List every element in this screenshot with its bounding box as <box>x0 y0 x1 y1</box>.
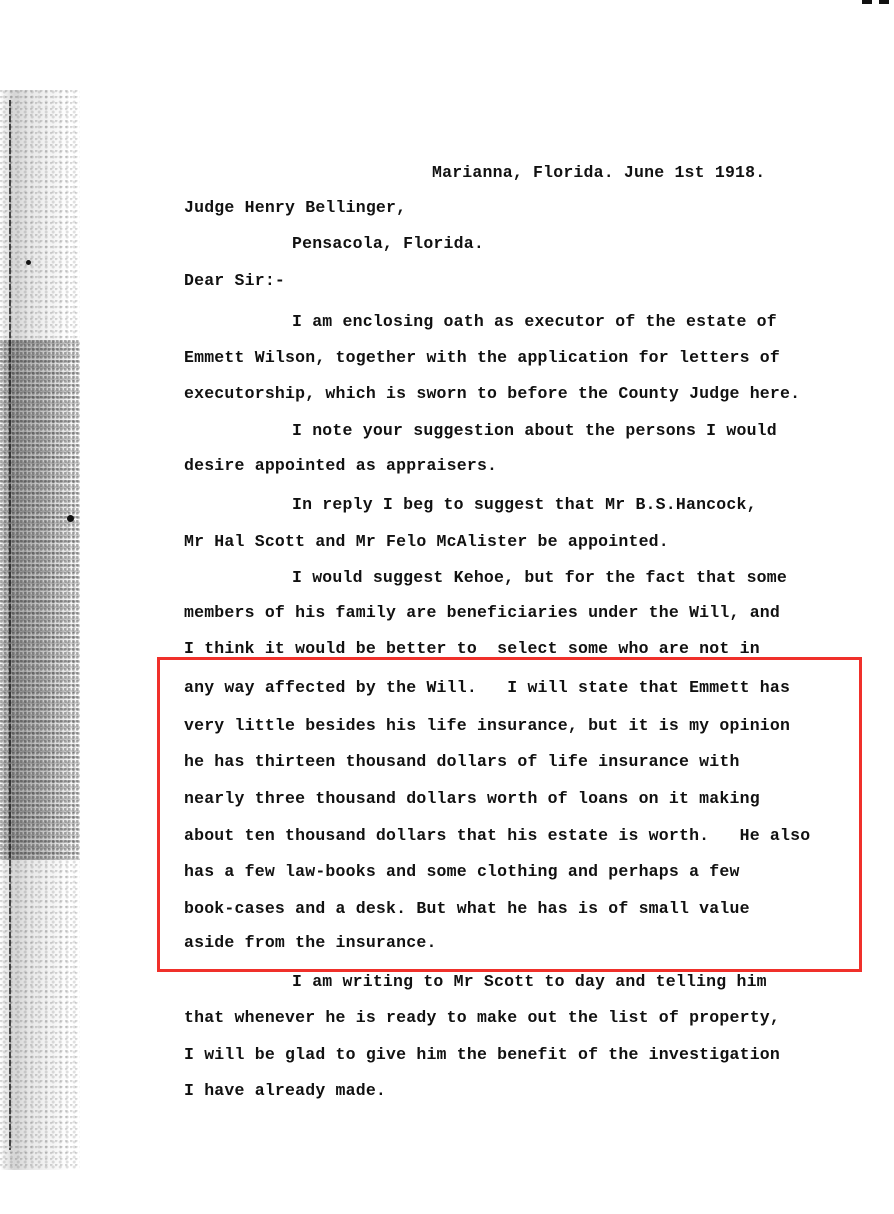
body-line: I am writing to Mr Scott to day and tell… <box>292 972 767 992</box>
body-line: I will be glad to give him the benefit o… <box>184 1045 780 1065</box>
body-line: that whenever he is ready to make out th… <box>184 1008 780 1028</box>
body-line: executorship, which is sworn to before t… <box>184 384 800 404</box>
body-line: I am enclosing oath as executor of the e… <box>292 312 777 332</box>
body-line: Mr Hal Scott and Mr Felo McAlister be ap… <box>184 532 669 552</box>
body-line: I think it would be better to select som… <box>184 639 760 659</box>
body-line: I have already made. <box>184 1081 386 1101</box>
recipient-location: Pensacola, Florida. <box>292 234 484 254</box>
scanned-letter-page: Marianna, Florida. June 1st 1918. Judge … <box>0 0 894 1214</box>
dateline: Marianna, Florida. June 1st 1918. <box>432 163 765 183</box>
recipient-name: Judge Henry Bellinger, <box>184 198 406 218</box>
salutation: Dear Sir:- <box>184 271 285 291</box>
body-line: I would suggest Kehoe, but for the fact … <box>292 568 787 588</box>
body-line: I note your suggestion about the persons… <box>292 421 777 441</box>
body-line: In reply I beg to suggest that Mr B.S.Ha… <box>292 495 757 515</box>
body-line: desire appointed as appraisers. <box>184 456 497 476</box>
body-line: Emmett Wilson, together with the applica… <box>184 348 780 368</box>
body-line: members of his family are beneficiaries … <box>184 603 780 623</box>
highlight-annotation-box <box>157 657 862 972</box>
typed-letter: Marianna, Florida. June 1st 1918. Judge … <box>0 0 894 684</box>
